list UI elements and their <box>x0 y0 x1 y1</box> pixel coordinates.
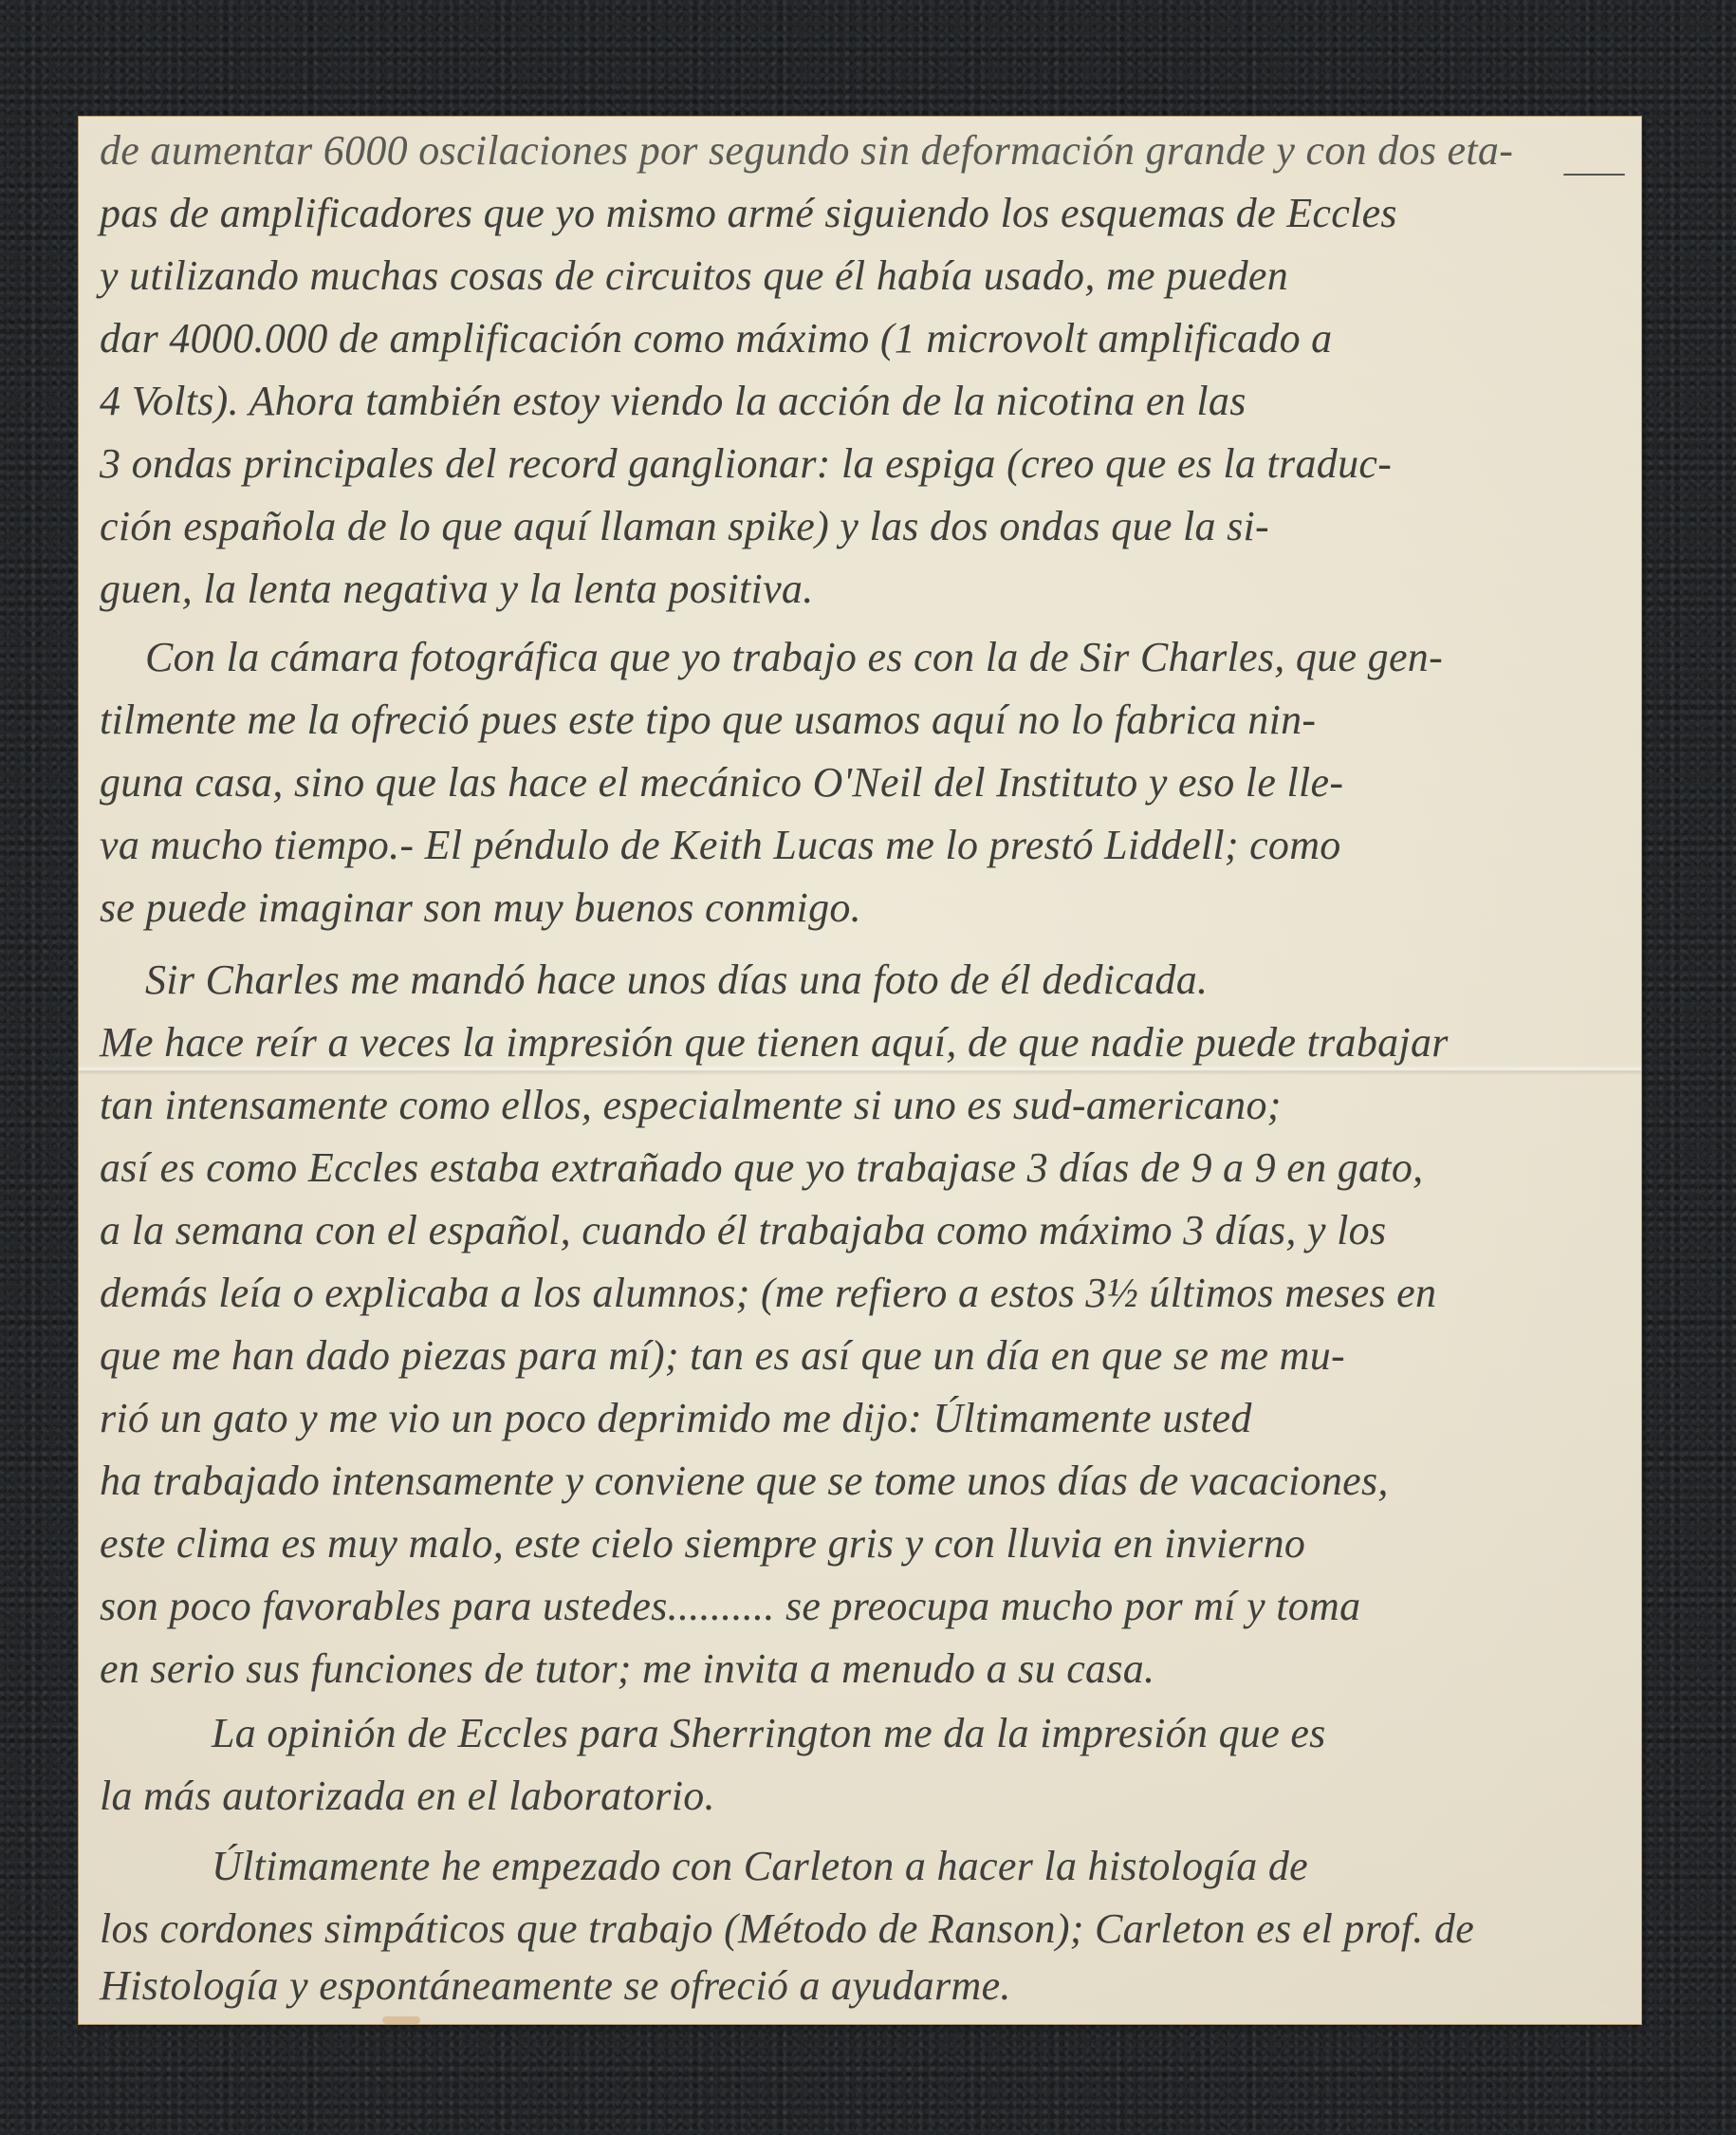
text-line-12: va mucho tiempo.- El péndulo de Keith Lu… <box>100 825 1613 866</box>
text-line-3: y utilizando muchas cosas de circuitos q… <box>100 255 1613 297</box>
text-line-27: la más autorizada en el laboratorio. <box>100 1775 1613 1817</box>
text-line-22: ha trabajado intensamente y conviene que… <box>100 1460 1613 1502</box>
text-line-26: La opinión de Eccles para Sherrington me… <box>212 1713 1613 1754</box>
text-line-14: Sir Charles me mandó hace unos días una … <box>145 959 1613 1001</box>
text-line-23: este clima es muy malo, este cielo siemp… <box>100 1523 1613 1565</box>
text-line-15: Me hace reír a veces la impresión que ti… <box>100 1022 1613 1064</box>
text-line-21: rió un gato y me vio un poco deprimido m… <box>100 1398 1613 1439</box>
underline-mark <box>1563 174 1625 176</box>
text-line-28: Últimamente he empezado con Carleton a h… <box>212 1846 1613 1887</box>
text-line-19: demás leía o explicaba a los alumnos; (m… <box>100 1272 1613 1314</box>
text-line-24: son poco favorables para ustedes........… <box>100 1586 1613 1627</box>
text-line-10: tilmente me la ofreció pues este tipo qu… <box>100 699 1613 741</box>
handwritten-text-body: de aumentar 6000 oscilaciones por segund… <box>79 117 1641 2024</box>
text-line-20: que me han dado piezas para mí); tan es … <box>100 1335 1613 1377</box>
text-line-7: ción española de lo que aquí llaman spik… <box>100 506 1613 548</box>
text-line-9: Con la cámara fotográfica que yo trabajo… <box>145 637 1613 678</box>
text-line-1: de aumentar 6000 oscilaciones por segund… <box>100 130 1613 172</box>
text-line-11: guna casa, sino que las hace el mecánico… <box>100 762 1613 804</box>
text-line-18: a la semana con el español, cuando él tr… <box>100 1210 1613 1252</box>
text-line-6: 3 ondas principales del record gangliona… <box>100 443 1613 485</box>
text-line-4: dar 4000.000 de amplificación como máxim… <box>100 318 1613 360</box>
text-line-2: pas de amplificadores que yo mismo armé … <box>100 193 1613 234</box>
text-line-13: se puede imaginar son muy buenos conmigo… <box>100 887 1613 929</box>
text-line-17: así es como Eccles estaba extrañado que … <box>100 1147 1613 1189</box>
letter-page: de aumentar 6000 oscilaciones por segund… <box>79 117 1641 2024</box>
text-line-30: Histología y espontáneamente se ofreció … <box>100 1965 1613 2007</box>
text-line-8: guen, la lenta negativa y la lenta posit… <box>100 568 1613 610</box>
text-line-16: tan intensamente como ellos, especialmen… <box>100 1085 1613 1126</box>
text-line-5: 4 Volts). Ahora también estoy viendo la … <box>100 381 1613 422</box>
text-line-25: en serio sus funciones de tutor; me invi… <box>100 1648 1613 1690</box>
text-line-29: los cordones simpáticos que trabajo (Mét… <box>100 1908 1613 1950</box>
